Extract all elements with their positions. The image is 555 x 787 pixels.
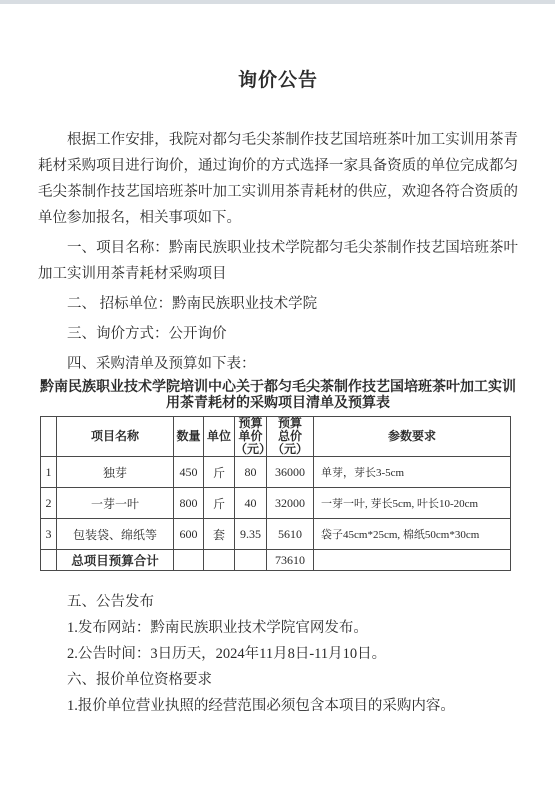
list-item-tender-unit: 二、 招标单位：黔南民族职业技术学院: [38, 291, 518, 317]
table-cell-total-price: 36000: [267, 457, 314, 488]
total-value-cell: 73610: [267, 550, 314, 571]
intro-paragraph: 根据工作安排，我院对都匀毛尖茶制作技艺国培班茶叶加工实训用茶青耗材采购项目进行询…: [38, 127, 518, 231]
table-cell-quantity: 800: [174, 488, 204, 519]
table-cell-quantity: 450: [174, 457, 204, 488]
procurement-table: 项目名称 数量 单位 预算 单价 （元） 预算 总价 （元） 参数要求 1 独芽…: [40, 416, 511, 571]
section-heading-qualification: 六、报价单位资格要求: [38, 667, 518, 693]
table-cell-item-name: 独芽: [57, 457, 174, 488]
table-cell-parameters: 单芽，芽长3-5cm: [314, 457, 511, 488]
table-cell-parameters: 一芽一叶, 芽长5cm, 叶长10-20cm: [314, 488, 511, 519]
table-title: 黔南民族职业技术学院培训中心关于都匀毛尖茶制作技艺国培班茶叶加工实训用茶青耗材的…: [38, 380, 518, 412]
section-item-announce-time: 2.公告时间：3日历天，2024年11月8日-11月10日。: [38, 641, 518, 667]
sections: 五、公告发布 1.发布网站：黔南民族职业技术学院官网发布。 2.公告时间：3日历…: [38, 589, 518, 719]
table-cell-unit-price: 9.35: [235, 519, 267, 550]
total-label-cell: 总项目预算合计: [57, 550, 174, 571]
section-item-publish-site: 1.发布网站：黔南民族职业技术学院官网发布。: [38, 615, 518, 641]
table-cell-index: 2: [41, 488, 57, 519]
table-cell-unit-price: 80: [235, 457, 267, 488]
document-content: 询价公告 根据工作安排，我院对都匀毛尖茶制作技艺国培班茶叶加工实训用茶青耗材采购…: [0, 68, 555, 719]
table-total-row: 总项目预算合计 73610: [41, 550, 511, 571]
table-cell-parameters: 袋子45cm*25cm, 棉纸50cm*30cm: [314, 519, 511, 550]
table-cell-unit: 斤: [204, 488, 235, 519]
table-cell-unit-price: [235, 550, 267, 571]
top-bar: [0, 0, 555, 4]
table-cell-parameters: [314, 550, 511, 571]
table-header-cell-parameters: 参数要求: [314, 417, 511, 457]
table-cell-unit: [204, 550, 235, 571]
table-cell-total-price: 5610: [267, 519, 314, 550]
list-item-project-name: 一、项目名称：黔南民族职业技术学院都匀毛尖茶制作技艺国培班茶叶加工实训用茶青耗材…: [38, 235, 518, 287]
table-cell-index: 1: [41, 457, 57, 488]
table-cell-unit-price: 40: [235, 488, 267, 519]
table-header-cell-item-name: 项目名称: [57, 417, 174, 457]
table-cell-quantity: [174, 550, 204, 571]
list-item-inquiry-method: 三、询价方式：公开询价: [38, 321, 518, 347]
table-row: 2 一芽一叶 800 斤 40 32000 一芽一叶, 芽长5cm, 叶长10-…: [41, 488, 511, 519]
table-header-cell-quantity: 数量: [174, 417, 204, 457]
table-header-row: 项目名称 数量 单位 预算 单价 （元） 预算 总价 （元） 参数要求: [41, 417, 511, 457]
table-header-cell-unit-price: 预算 单价 （元）: [235, 417, 267, 457]
document-title: 询价公告: [38, 68, 518, 94]
table-header-cell-index: [41, 417, 57, 457]
table-cell-item-name: 包装袋、绵纸等: [57, 519, 174, 550]
table-cell-item-name: 一芽一叶: [57, 488, 174, 519]
table-cell-unit: 斤: [204, 457, 235, 488]
table-cell-unit: 套: [204, 519, 235, 550]
table-header-cell-unit: 单位: [204, 417, 235, 457]
table-cell-index: [41, 550, 57, 571]
section-heading-announcement: 五、公告发布: [38, 589, 518, 615]
table-cell-quantity: 600: [174, 519, 204, 550]
table-cell-index: 3: [41, 519, 57, 550]
table-row: 3 包装袋、绵纸等 600 套 9.35 5610 袋子45cm*25cm, 棉…: [41, 519, 511, 550]
section-item-license-scope: 1.报价单位营业执照的经营范围必须包含本项目的采购内容。: [38, 693, 518, 719]
table-row: 1 独芽 450 斤 80 36000 单芽，芽长3-5cm: [41, 457, 511, 488]
list-item-procurement-list: 四、采购清单及预算如下表：: [38, 351, 518, 377]
table-header-cell-total-price: 预算 总价 （元）: [267, 417, 314, 457]
document-page: 询价公告 根据工作安排，我院对都匀毛尖茶制作技艺国培班茶叶加工实训用茶青耗材采购…: [0, 0, 555, 787]
table-cell-total-price: 32000: [267, 488, 314, 519]
